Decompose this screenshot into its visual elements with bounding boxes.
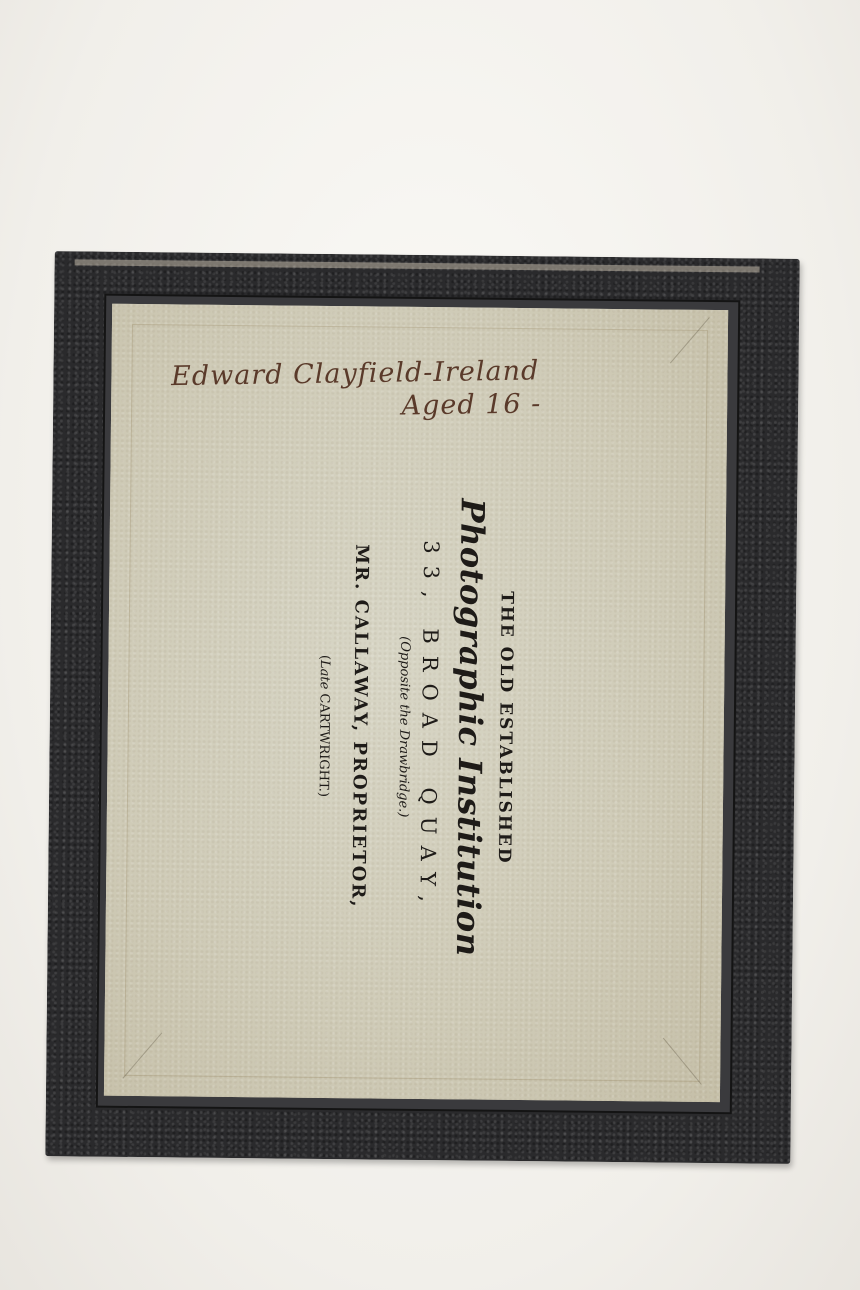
former-owner-name: CARTWRIGHT.): [316, 693, 332, 797]
photo-case-back: Edward Clayfield-Ireland Aged 16 - THE O…: [45, 251, 799, 1164]
label-address: 33, BROAD QUAY,: [414, 447, 444, 1007]
label-proprietor: MR. CALLAWAY, PROPRIETOR,: [346, 446, 373, 1006]
studio-label: Edward Clayfield-Ireland Aged 16 - THE O…: [104, 304, 728, 1102]
worn-edge: [75, 259, 760, 272]
inscription-age: Aged 16 -: [401, 386, 691, 422]
label-institution: Photographic Institution: [448, 447, 492, 1007]
inscription-name: Edward Clayfield-Ireland: [171, 355, 540, 392]
label-location-note: (Opposite the Drawbridge.): [393, 446, 414, 1006]
handwritten-inscription: Edward Clayfield-Ireland Aged 16 -: [171, 353, 692, 425]
printed-text-block: THE OLD ESTABLISHED Photographic Institu…: [313, 446, 518, 1008]
late-word: Late: [317, 660, 332, 689]
